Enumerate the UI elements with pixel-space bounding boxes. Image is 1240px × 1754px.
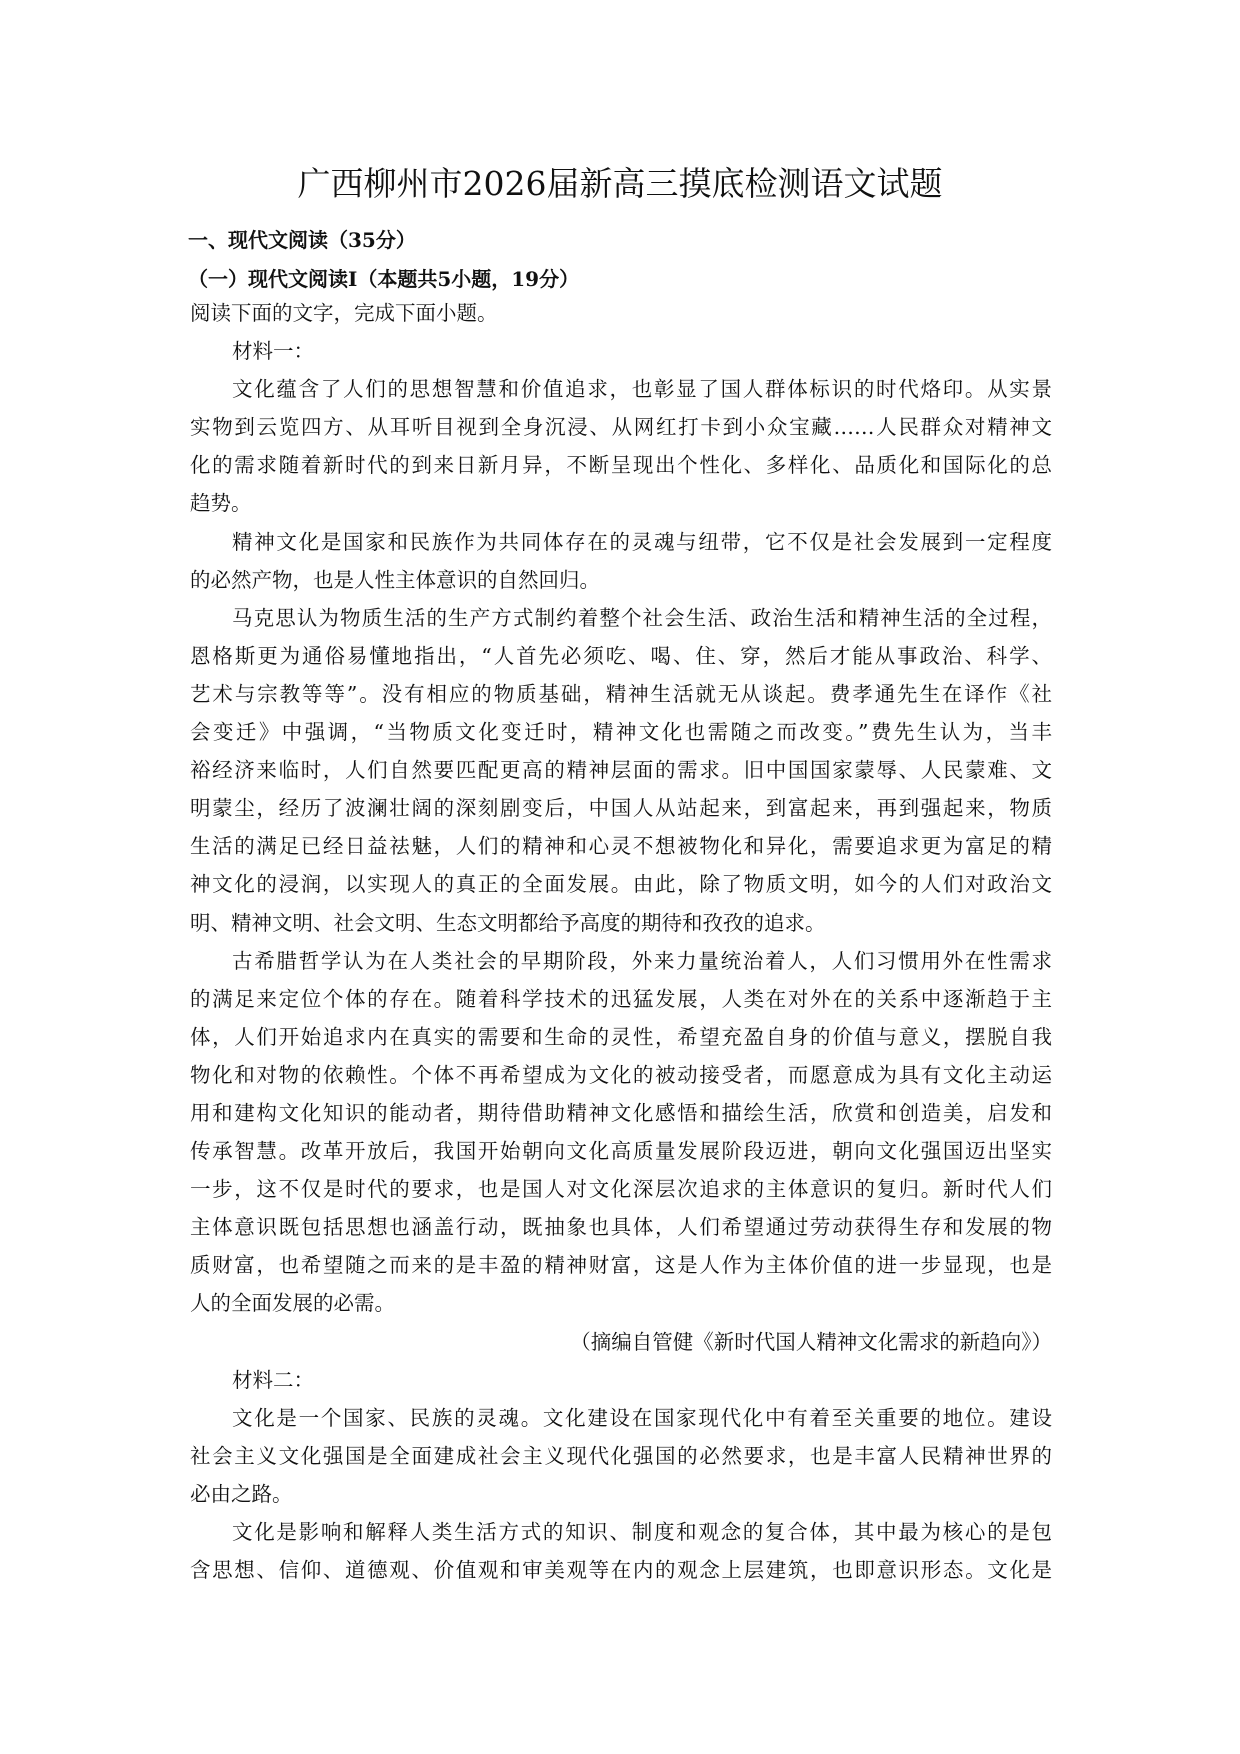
- text-line: 实物到云览四方、从耳听目视到全身沉浸、从网红打卡到小众宝藏……人民群众对精神文: [190, 408, 1052, 446]
- text-line: 明蒙尘，经历了波澜壮阔的深刻剧变后，中国人从站起来，到富起来，再到强起来，物质: [190, 789, 1052, 827]
- material-1-paragraph-1: 文化蕴含了人们的思想智慧和价值追求，也彰显了国人群体标识的时代烙印。从实景 实物…: [190, 370, 1052, 522]
- text-line: 含思想、信仰、道德观、价值观和审美观等在内的观念上层建筑，也即意识形态。文化是: [190, 1551, 1052, 1589]
- material-1-paragraph-2: 精神文化是国家和民族作为共同体存在的灵魂与纽带，它不仅是社会发展到一定程度 的必…: [190, 523, 1052, 599]
- exam-page: 广西柳州市2026届新高三摸底检测语文试题 一、现代文阅读（35分） （一）现代…: [0, 0, 1240, 1754]
- text-line: 古希腊哲学认为在人类社会的早期阶段，外来力量统治着人，人们习惯用外在性需求: [190, 942, 1052, 980]
- material-1-source: （摘编自管健《新时代国人精神文化需求的新趋向》）: [190, 1323, 1052, 1361]
- text-line: 的满足来定位个体的存在。随着科学技术的迅猛发展，人类在对外在的关系中逐渐趋于主: [190, 980, 1052, 1018]
- text-line: 的必然产物，也是人性主体意识的自然回归。: [190, 561, 1052, 599]
- reading-body: 阅读下面的文字，完成下面小题。 材料一： 文化蕴含了人们的思想智慧和价值追求，也…: [190, 294, 1052, 1589]
- text-line: 人的全面发展的必需。: [190, 1284, 1052, 1322]
- text-line: 文化是影响和解释人类生活方式的知识、制度和观念的复合体，其中最为核心的是包: [190, 1513, 1052, 1551]
- text-line: 必由之路。: [190, 1475, 1052, 1513]
- text-line: 会变迁》中强调，“当物质文化变迁时，精神文化也需随之而改变。”费先生认为，当丰: [190, 713, 1052, 751]
- text-line: 艺术与宗教等等”。没有相应的物质基础，精神生活就无从谈起。费孝通先生在译作《社: [190, 675, 1052, 713]
- text-line: 马克思认为物质生活的生产方式制约着整个社会生活、政治生活和精神生活的全过程，: [190, 599, 1052, 637]
- text-line: 恩格斯更为通俗易懂地指出，“人首先必须吃、喝、住、穿，然后才能从事政治、科学、: [190, 637, 1052, 675]
- text-line: 物化和对物的依赖性。个体不再希望成为文化的被动接受者，而愿意成为具有文化主动运: [190, 1056, 1052, 1094]
- document-title: 广西柳州市2026届新高三摸底检测语文试题: [0, 158, 1240, 205]
- text-line: 主体意识既包括思想也涵盖行动，既抽象也具体，人们希望通过劳动获得生存和发展的物: [190, 1208, 1052, 1246]
- material-2-paragraph-1: 文化是一个国家、民族的灵魂。文化建设在国家现代化中有着至关重要的地位。建设 社会…: [190, 1399, 1052, 1513]
- material-2-paragraph-2: 文化是影响和解释人类生活方式的知识、制度和观念的复合体，其中最为核心的是包 含思…: [190, 1513, 1052, 1589]
- text-line: 神文化的浸润，以实现人的真正的全面发展。由此，除了物质文明，如今的人们对政治文: [190, 865, 1052, 903]
- text-line: 文化蕴含了人们的思想智慧和价值追求，也彰显了国人群体标识的时代烙印。从实景: [190, 370, 1052, 408]
- text-line: 体，人们开始追求内在真实的需要和生命的灵性，希望充盈自身的价值与意义，摆脱自我: [190, 1018, 1052, 1056]
- text-line: 生活的满足已经日益祛魅，人们的精神和心灵不想被物化和异化，需要追求更为富足的精: [190, 827, 1052, 865]
- text-line: 趋势。: [190, 484, 1052, 522]
- instruction-text: 阅读下面的文字，完成下面小题。: [190, 294, 1052, 332]
- text-line: 传承智慧。改革开放后，我国开始朝向文化高质量发展阶段迈进，朝向文化强国迈出坚实: [190, 1132, 1052, 1170]
- text-line: 质财富，也希望随之而来的是丰盈的精神财富，这是人作为主体价值的进一步显现，也是: [190, 1246, 1052, 1284]
- material-1-label: 材料一：: [190, 332, 1052, 370]
- material-2-label: 材料二：: [190, 1361, 1052, 1399]
- text-line: 裕经济来临时，人们自然要匹配更高的精神层面的需求。旧中国国家蒙辱、人民蒙难、文: [190, 751, 1052, 789]
- material-1-paragraph-4: 古希腊哲学认为在人类社会的早期阶段，外来力量统治着人，人们习惯用外在性需求 的满…: [190, 942, 1052, 1323]
- text-line: 社会主义文化强国是全面建成社会主义现代化强国的必然要求，也是丰富人民精神世界的: [190, 1437, 1052, 1475]
- text-line: 一步，这不仅是时代的要求，也是国人对文化深层次追求的主体意识的复归。新时代人们: [190, 1170, 1052, 1208]
- text-line: 文化是一个国家、民族的灵魂。文化建设在国家现代化中有着至关重要的地位。建设: [190, 1399, 1052, 1437]
- text-line: 精神文化是国家和民族作为共同体存在的灵魂与纽带，它不仅是社会发展到一定程度: [190, 523, 1052, 561]
- subsection-heading: （一）现代文阅读Ⅰ（本题共5小题，19分）: [188, 263, 579, 292]
- text-line: 化的需求随着新时代的到来日新月异，不断呈现出个性化、多样化、品质化和国际化的总: [190, 446, 1052, 484]
- material-1-paragraph-3: 马克思认为物质生活的生产方式制约着整个社会生活、政治生活和精神生活的全过程， 恩…: [190, 599, 1052, 942]
- text-line: 明、精神文明、社会文明、生态文明都给予高度的期待和孜孜的追求。: [190, 904, 1052, 942]
- text-line: 用和建构文化知识的能动者，期待借助精神文化感悟和描绘生活，欣赏和创造美，启发和: [190, 1094, 1052, 1132]
- section-heading: 一、现代文阅读（35分）: [188, 224, 416, 253]
